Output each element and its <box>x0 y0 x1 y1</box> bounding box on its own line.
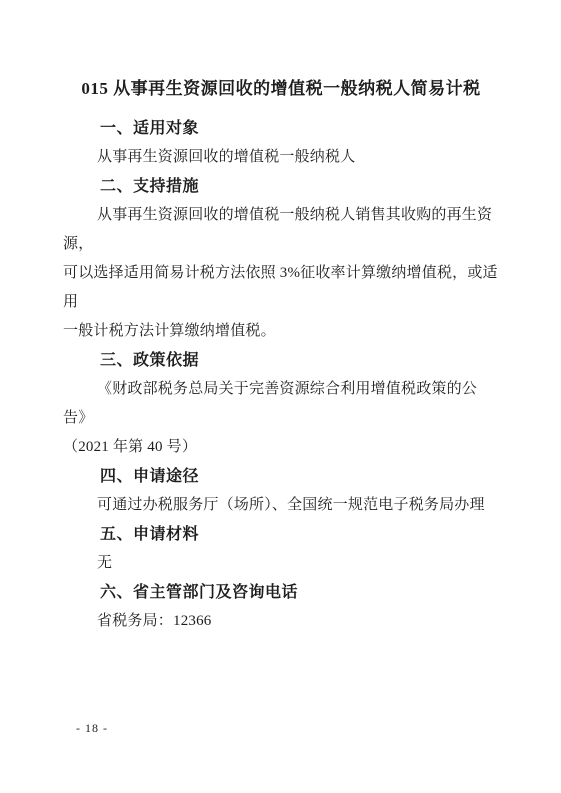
body-line: 可以选择适用简易计税方法依照 3%征收率计算缴纳增值税，或适用 <box>63 259 499 317</box>
section-application-materials: 五、申请材料 无 <box>63 520 499 578</box>
body-line: 从事再生资源回收的增值税一般纳税人销售其收购的再生资源， <box>63 201 499 259</box>
section-department-phone: 六、省主管部门及咨询电话 省税务局：12366 <box>63 578 499 636</box>
section-heading: 一、适用对象 <box>63 114 499 143</box>
section-heading: 六、省主管部门及咨询电话 <box>63 578 499 607</box>
section-applicable-object: 一、适用对象 从事再生资源回收的增值税一般纳税人 <box>63 114 499 172</box>
section-support-measures: 二、支持措施 从事再生资源回收的增值税一般纳税人销售其收购的再生资源， 可以选择… <box>63 172 499 346</box>
section-heading: 五、申请材料 <box>63 520 499 549</box>
body-line: 无 <box>63 549 499 578</box>
document-content: 015 从事再生资源回收的增值税一般纳税人简易计税 一、适用对象 从事再生资源回… <box>0 0 561 636</box>
body-line: 《财政部税务总局关于完善资源综合利用增值税政策的公告》 <box>63 375 499 433</box>
page-number: - 18 - <box>76 721 108 736</box>
section-heading: 二、支持措施 <box>63 172 499 201</box>
body-line: 从事再生资源回收的增值税一般纳税人 <box>63 143 499 172</box>
document-title: 015 从事再生资源回收的增值税一般纳税人简易计税 <box>63 74 499 104</box>
body-line: 一般计税方法计算缴纳增值税。 <box>63 317 499 346</box>
section-heading: 四、申请途径 <box>63 462 499 491</box>
document-page: 015 从事再生资源回收的增值税一般纳税人简易计税 一、适用对象 从事再生资源回… <box>0 0 561 793</box>
body-line: 可通过办税服务厅（场所）、全国统一规范电子税务局办理 <box>63 491 499 520</box>
section-application-channel: 四、申请途径 可通过办税服务厅（场所）、全国统一规范电子税务局办理 <box>63 462 499 520</box>
section-policy-basis: 三、政策依据 《财政部税务总局关于完善资源综合利用增值税政策的公告》 （2021… <box>63 346 499 462</box>
body-line: 省税务局：12366 <box>63 607 499 636</box>
section-heading: 三、政策依据 <box>63 346 499 375</box>
body-line: （2021 年第 40 号） <box>63 433 499 462</box>
